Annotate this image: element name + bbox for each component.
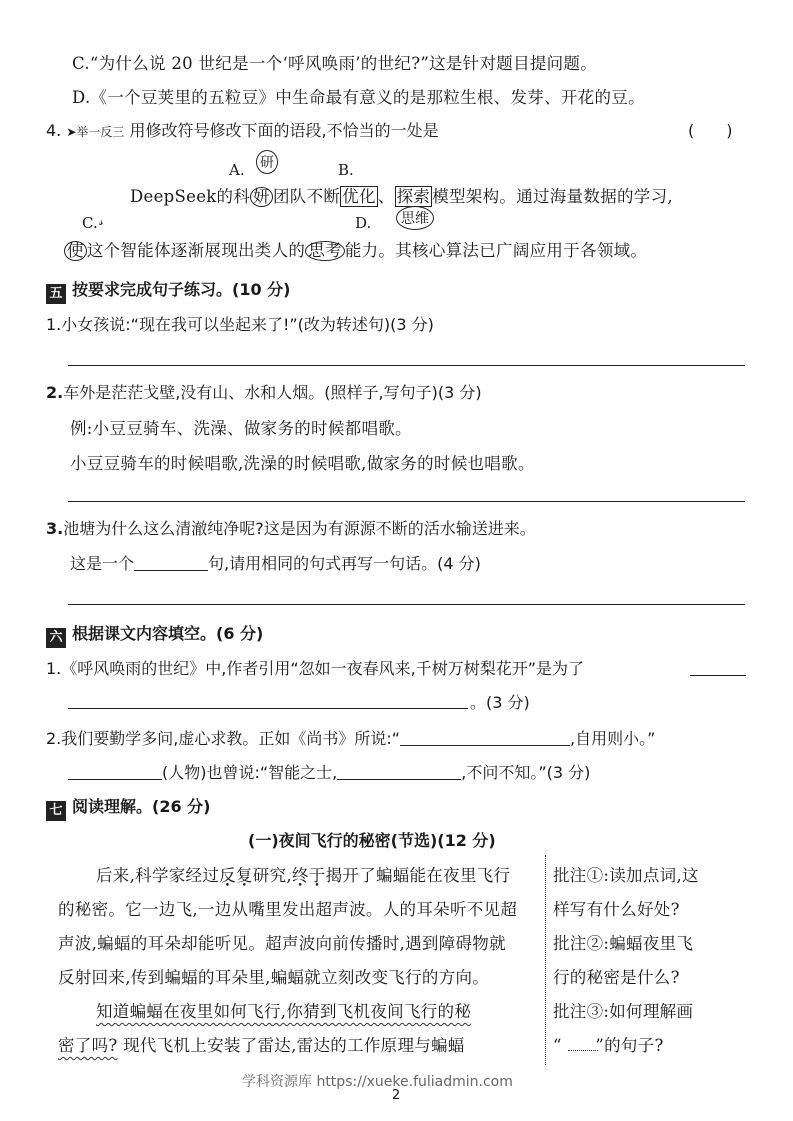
q4-line2: 使这个智能体逐渐展现出类人的思考能力。其核心算法已广阔应用于各领域。 <box>64 237 647 261</box>
passage-p1-line3: 声波,蝙蝠的耳朵却能听见。超声波向前传播时,遇到障碍物就 <box>58 930 506 954</box>
option-d: D.《一个豆荚里的五粒豆》中生命最有意义的是那粒生根、发芽、开花的豆。 <box>72 84 645 108</box>
passage-p2-rest: 现代飞机上安装了雷达,雷达的工作原理与蝙蝠 <box>123 1036 465 1055</box>
circled-sikao: 思考 <box>305 241 345 261</box>
page-number: 2 <box>392 1088 400 1103</box>
section5-badge: 五 <box>46 284 66 304</box>
boxed-word-explore: 探索 <box>395 186 433 207</box>
q4-line2-post: 能力。其核心算法已广阔应用于各领域。 <box>345 241 647 260</box>
annotation-divider <box>545 855 546 1065</box>
s5-q2-text: 车外是茫茫戈壁,没有山、水和人烟。(照样子,写句子)(3 分) <box>63 383 481 402</box>
s6-q2-line2: (人物)也曾说:“智能之士,,不问不知。”(3 分) <box>68 760 590 783</box>
passage-p2-line1: 知道蝙蝠在夜里如何飞行,你猜到飞机夜间飞行的秘 <box>96 998 471 1022</box>
q4-prompt: 用修改符号修改下面的语段,不恰当的一处是 <box>130 121 439 140</box>
s5-q2: 2.车外是茫茫戈壁,没有山、水和人烟。(照样子,写句子)(3 分) <box>46 380 482 403</box>
s5-q3-number: 3. <box>46 519 63 538</box>
annotation-2b: 行的秘密是什么? <box>553 964 680 988</box>
s6-q1-blank-b[interactable] <box>68 708 468 709</box>
s5-q2-example1: 例:小豆豆骑车、洗澡、做家务的时候都唱歌。 <box>70 415 412 439</box>
s5-q3-post: 句,请用相同的句式再写一句话。(4 分) <box>208 554 481 573</box>
option-c: C.“为什么说 20 世纪是一个‘呼风唤雨’的世纪?”这是针对题目提问题。 <box>72 50 597 74</box>
mark-c: C. <box>82 214 98 232</box>
s5-q3-answer-line[interactable] <box>68 604 745 605</box>
q4-line1-post: 模型架构。通过海量数据的学习, <box>432 187 673 206</box>
wavy-underlined-sentence-a: 知道蝙蝠在夜里如何飞行,你猜到飞机夜间飞行的秘 <box>96 1002 471 1021</box>
s6-q2-number: 2. <box>46 729 61 748</box>
q4-line1-pre: DeepSeek的科 <box>130 187 250 206</box>
section7-header: 七阅读理解。(26 分) <box>46 794 210 821</box>
section7-title: 阅读理解。(26 分) <box>72 797 210 816</box>
s5-q1-answer-line[interactable] <box>68 365 745 366</box>
s5-q2-number: 2. <box>46 383 63 402</box>
annotation-3a: 批注③:如何理解画 <box>553 998 693 1022</box>
s6-q1: 1.《呼风唤雨的世纪》中,作者引用“忽如一夜春风来,千树万树梨花开”是为了 <box>46 656 584 679</box>
s6-q1-text: 《呼风唤雨的世纪》中,作者引用“忽如一夜春风来,千树万树梨花开”是为了 <box>61 659 584 678</box>
section6-title: 根据课文内容填空。(6 分) <box>72 624 263 643</box>
s5-q2-answer-line[interactable] <box>68 501 745 502</box>
s6-q2-line2-a: (人物)也曾说:“智能之士, <box>162 763 337 782</box>
q4-number: 4. <box>46 121 61 140</box>
passage-p1-line2: 的秘密。它一边飞,一边从嘴里发出超声波。人的耳朵听不见超 <box>58 896 517 920</box>
annotation-1b: 样写有什么好处? <box>553 896 680 920</box>
s6-q2-line2-b: ,不问不知。”(3 分) <box>461 763 590 782</box>
s5-q3: 3.池塘为什么这么清澈纯净呢?这是因为有源源不断的活水输送进来。 <box>46 516 536 539</box>
passage-p1-line1: 后来,科学家经过反复研究,终于揭开了蝙蝠能在夜里飞行 <box>96 862 510 886</box>
s5-q3-text: 池塘为什么这么清澈纯净呢?这是因为有源源不断的活水输送进来。 <box>63 519 536 538</box>
s6-q2-text-pre: 我们要勤学多问,虚心求教。正如《尚书》所说:“ <box>61 729 400 748</box>
s5-q3-pre: 这是一个 <box>70 554 134 573</box>
section6-header: 六根据课文内容填空。(6 分) <box>46 621 263 648</box>
s5-q1-number: 1. <box>46 315 61 334</box>
boxed-word-optimize: 优化 <box>340 186 378 207</box>
section5-header: 五按要求完成句子练习。(10 分) <box>46 277 290 304</box>
section5-title: 按要求完成句子练习。(10 分) <box>72 280 290 299</box>
s5-q1-text: 小女孩说:“现在我可以坐起来了!”(改为转述句)(3 分) <box>61 315 434 334</box>
passage-p1-line4: 反射回来,传到蝙蝠的耳朵里,蝙蝠就立刻改变飞行的方向。 <box>58 964 489 988</box>
circled-error-char: 妍 <box>250 187 273 207</box>
q4-line1-sep: 、 <box>378 187 395 206</box>
q4-line2-mid: 这个智能体逐渐展现出类人的 <box>87 241 305 260</box>
delete-mark-icon: 𝓈 <box>99 214 103 229</box>
s5-q3-blank[interactable] <box>134 556 208 571</box>
section7-badge: 七 <box>46 801 66 821</box>
passage-p2-line2: 密了吗? 现代飞机上安装了雷达,雷达的工作原理与蝙蝠 <box>58 1032 465 1056</box>
mark-a: A. <box>229 161 245 179</box>
section6-badge: 六 <box>46 628 66 648</box>
passage-title: (一)夜间飞行的秘密(节选)(12 分) <box>248 828 496 851</box>
s6-q1-number: 1. <box>46 659 61 678</box>
s5-q2-example2: 小豆豆骑车的时候唱歌,洗澡的时候唱歌,做家务的时候也唱歌。 <box>70 450 535 474</box>
s5-q1: 1.小女孩说:“现在我可以坐起来了!”(改为转述句)(3 分) <box>46 312 434 335</box>
s6-q2-blank-b[interactable] <box>337 765 461 780</box>
s6-q2-text-post: ,自用则小。” <box>570 729 655 748</box>
insert-yan: 研 <box>256 150 278 174</box>
wavy-underlined-sentence-b: 密了吗? <box>58 1036 118 1055</box>
q4-line1-mid: 团队不断 <box>273 187 340 206</box>
annotation-1a: 批注①:读加点词,这 <box>553 862 699 886</box>
mark-d: D. <box>355 214 371 232</box>
wavy-line-symbol <box>568 1044 598 1051</box>
s6-q1-tail: 。(3 分) <box>470 690 530 713</box>
watermark: 学科资源库 https://xueke.fuliadmin.com <box>242 1071 513 1091</box>
s5-q3-line2: 这是一个句,请用相同的句式再写一句话。(4 分) <box>70 551 481 574</box>
s6-q1-blank-a[interactable] <box>690 675 746 676</box>
q4-header: 4. ➤举一反三 用修改符号修改下面的语段,不恰当的一处是 <box>46 118 439 141</box>
q4-line1: DeepSeek的科妍团队不断优化、探索模型架构。通过海量数据的学习, <box>130 183 673 207</box>
s6-q2: 2.我们要勤学多问,虚心求教。正如《尚书》所说:“,自用则小。” <box>46 726 655 749</box>
annotation-2a: 批注②:蝙蝠夜里飞 <box>553 930 693 954</box>
s6-q2-blank-person[interactable] <box>68 765 162 780</box>
mark-b: B. <box>338 161 354 179</box>
q4-answer-bracket[interactable]: ( ) <box>688 118 733 141</box>
insert-siwei: 思维 <box>396 206 434 230</box>
q4-tag: ➤举一反三 <box>66 125 124 139</box>
circled-shi: 使 <box>64 241 87 261</box>
s6-q2-blank-a[interactable] <box>400 731 570 746</box>
